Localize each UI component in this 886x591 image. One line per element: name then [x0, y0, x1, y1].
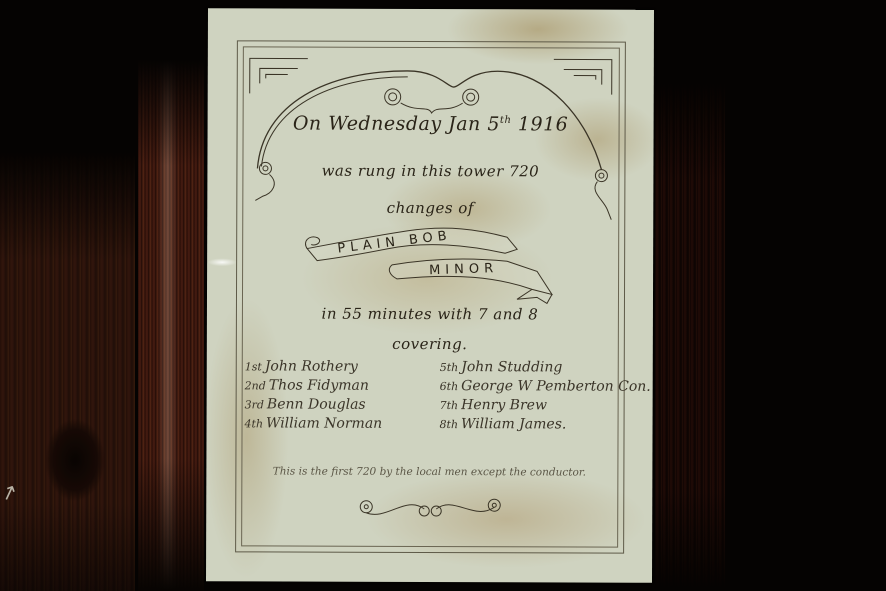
- ringers-list: 1stJohn Rothery 5thJohn Studding 2ndThos…: [245, 358, 615, 432]
- ringer-entry: 8thWilliam James.: [440, 416, 615, 433]
- ringer-position: 5th: [440, 361, 459, 374]
- ringer-name: Benn Douglas: [267, 396, 366, 412]
- covering-line: covering.: [207, 334, 653, 354]
- peal-board: On Wednesday Jan 5th 1916 was rung in th…: [206, 8, 654, 583]
- wood-molding-strip: [138, 60, 204, 591]
- ringer-name: William James.: [461, 416, 566, 432]
- ringer-position: 7th: [440, 399, 459, 412]
- heading-date-text: On Wednesday Jan 5: [293, 113, 500, 136]
- ringer-name: William Norman: [266, 415, 382, 431]
- footnote-text: This is the first 720 by the local men e…: [206, 465, 652, 479]
- ringer-name: John Studding: [461, 359, 562, 375]
- heading-changes-line: changes of: [207, 198, 653, 218]
- ringer-position: 2nd: [245, 379, 266, 392]
- ringer-name: George W Pemberton Con.: [461, 378, 651, 395]
- wood-panel-right: [655, 80, 725, 591]
- wood-panel-left: [0, 150, 135, 591]
- ringer-position: 4th: [245, 417, 264, 430]
- heading-year: 1916: [511, 113, 568, 135]
- duration-line: in 55 minutes with 7 and 8: [207, 304, 653, 324]
- date-ordinal-suffix: th: [500, 115, 512, 126]
- ringer-entry: 3rdBenn Douglas: [245, 396, 440, 413]
- ringer-entry: 6thGeorge W Pemberton Con.: [440, 378, 615, 395]
- heading-date-line: On Wednesday Jan 5th 1916: [208, 112, 654, 136]
- ringer-position: 8th: [440, 418, 459, 431]
- ringer-entry: 1stJohn Rothery: [245, 358, 440, 375]
- ringer-position: 1st: [245, 360, 262, 373]
- ringer-entry: 4thWilliam Norman: [245, 415, 440, 432]
- heading-tower-line: was rung in this tower 720: [207, 161, 653, 181]
- ringer-entry: 5thJohn Studding: [440, 359, 615, 376]
- ringer-entry: 2ndThos Fidyman: [245, 377, 440, 394]
- ringer-name: John Rothery: [265, 358, 358, 374]
- ringer-entry: 7thHenry Brew: [440, 397, 615, 414]
- ringer-position: 6th: [440, 380, 459, 393]
- ringer-name: Henry Brew: [461, 397, 547, 413]
- ringer-name: Thos Fidyman: [269, 377, 369, 393]
- light-reflection: [207, 258, 237, 266]
- banner-minor: MINOR: [429, 261, 498, 278]
- ringer-position: 3rd: [245, 398, 264, 411]
